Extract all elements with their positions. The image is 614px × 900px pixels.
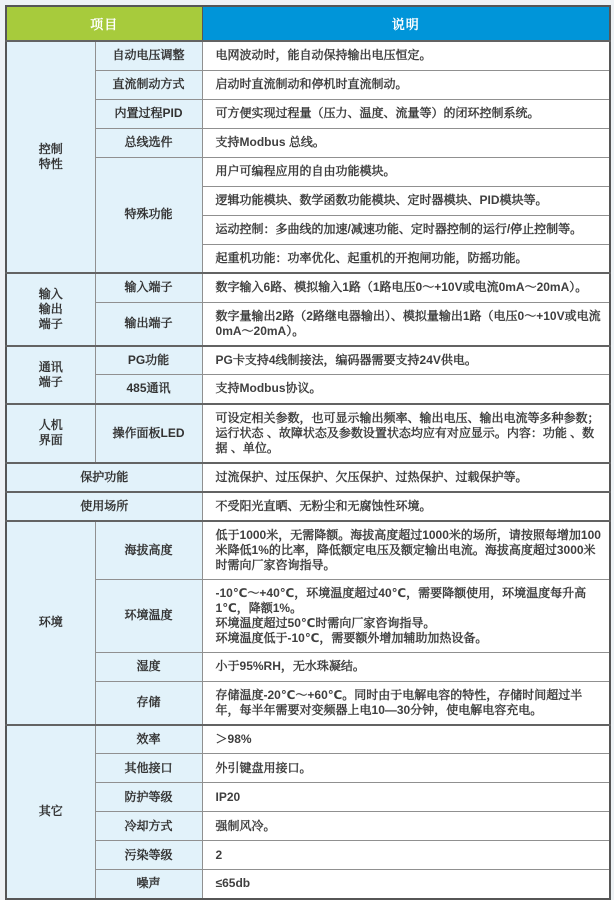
header-row: 项目 说明 [6,6,610,41]
item-cell: 输入端子 [95,273,202,302]
table-row: 环境温度-10℃～+40℃，环境温度超过40℃，需要降额使用，环境温度每升高1℃… [6,579,610,652]
desc-cell: 外引键盘用接口。 [202,754,610,783]
item-cell: 输出端子 [95,302,202,346]
table-row: 内置过程PID可方便实现过程量（压力、温度、流量等）的闭环控制系统。 [6,99,610,128]
desc-cell: 强制风冷。 [202,812,610,841]
table-row: 污染等级2 [6,841,610,870]
item-cell: 直流制动方式 [95,70,202,99]
desc-cell: ＞98% [202,725,610,754]
table-row: 湿度小于95%RH，无水珠凝结。 [6,652,610,681]
header-desc-label: 说明 [202,6,610,41]
header-item-label: 项目 [6,6,202,41]
table-row: 环境海拔高度低于1000米，无需降额。海拔高度超过1000米的场所，请按照每增加… [6,521,610,580]
table-header: 项目 说明 [6,6,610,41]
desc-cell: 支持Modbus 总线。 [202,128,610,157]
table-row: 冷却方式强制风冷。 [6,812,610,841]
item-cell: 内置过程PID [95,99,202,128]
desc-cell: PG卡支持4线制接法，编码器需要支持24V供电。 [202,346,610,375]
category-cell: 环境 [6,521,95,725]
desc-cell: 运动控制：多曲线的加速/减速功能、定时器控制的运行/停止控制等。 [202,215,610,244]
category-cell: 保护功能 [6,463,202,492]
desc-cell: ≤65db [202,870,610,899]
item-cell: 噪声 [95,870,202,899]
desc-cell: 小于95%RH，无水珠凝结。 [202,652,610,681]
desc-cell: 存储温度-20℃～+60℃。同时由于电解电容的特性，存储时间超过半年，每半年需要… [202,681,610,725]
desc-cell: 用户可编程应用的自由功能模块。 [202,157,610,186]
item-cell: PG功能 [95,346,202,375]
table-row: 存储存储温度-20℃～+60℃。同时由于电解电容的特性，存储时间超过半年，每半年… [6,681,610,725]
table-row: 其他接口外引键盘用接口。 [6,754,610,783]
spec-table: 项目 说明 控制 特性自动电压调整电网波动时，能自动保持输出电压恒定。直流制动方… [5,5,611,900]
item-cell: 自动电压调整 [95,41,202,70]
item-cell: 485通讯 [95,375,202,404]
item-cell: 其他接口 [95,754,202,783]
table-row: 使用场所不受阳光直晒、无粉尘和无腐蚀性环境。 [6,492,610,521]
desc-cell: 2 [202,841,610,870]
category-cell: 控制 特性 [6,41,95,273]
item-cell: 操作面板LED [95,404,202,463]
desc-cell: 低于1000米，无需降额。海拔高度超过1000米的场所，请按照每增加100米降低… [202,521,610,580]
table-row: 特殊功能用户可编程应用的自由功能模块。 [6,157,610,186]
desc-cell: 数字量输出2路（2路继电器输出）、模拟量输出1路（电压0～+10V或电流0mA～… [202,302,610,346]
item-cell: 存储 [95,681,202,725]
table-row: 人机 界面操作面板LED可设定相关参数，也可显示输出频率、输出电压、输出电流等多… [6,404,610,463]
table-row: 控制 特性自动电压调整电网波动时，能自动保持输出电压恒定。 [6,41,610,70]
desc-cell: 启动时直流制动和停机时直流制动。 [202,70,610,99]
desc-cell: 逻辑功能模块、数学函数功能模块、定时器模块、PID模块等。 [202,186,610,215]
item-cell: 总线选件 [95,128,202,157]
desc-cell: 不受阳光直晒、无粉尘和无腐蚀性环境。 [202,492,610,521]
item-cell: 效率 [95,725,202,754]
desc-cell: 电网波动时，能自动保持输出电压恒定。 [202,41,610,70]
desc-cell: 可设定相关参数，也可显示输出频率、输出电压、输出电流等多种参数； 运行状态 、故… [202,404,610,463]
desc-cell: 支持Modbus协议。 [202,375,610,404]
item-cell: 环境温度 [95,579,202,652]
table-row: 防护等级IP20 [6,783,610,812]
table-row: 485通讯支持Modbus协议。 [6,375,610,404]
table-row: 输出端子数字量输出2路（2路继电器输出）、模拟量输出1路（电压0～+10V或电流… [6,302,610,346]
table-row: 保护功能过流保护、过压保护、欠压保护、过热保护、过载保护等。 [6,463,610,492]
table-row: 输入 输出 端子输入端子数字输入6路、模拟输入1路（1路电压0～+10V或电流0… [6,273,610,302]
item-cell: 特殊功能 [95,157,202,273]
item-cell: 防护等级 [95,783,202,812]
table-row: 直流制动方式启动时直流制动和停机时直流制动。 [6,70,610,99]
item-cell: 污染等级 [95,841,202,870]
table-row: 其它效率＞98% [6,725,610,754]
table-row: 噪声≤65db [6,870,610,899]
page: 项目 说明 控制 特性自动电压调整电网波动时，能自动保持输出电压恒定。直流制动方… [0,0,614,856]
item-cell: 冷却方式 [95,812,202,841]
category-cell: 其它 [6,725,95,899]
category-cell: 通讯 端子 [6,346,95,404]
desc-cell: 起重机功能：功率优化、起重机的开抱闸功能，防摇功能。 [202,244,610,273]
category-cell: 使用场所 [6,492,202,521]
category-cell: 输入 输出 端子 [6,273,95,346]
item-cell: 海拔高度 [95,521,202,580]
table-row: 通讯 端子PG功能PG卡支持4线制接法，编码器需要支持24V供电。 [6,346,610,375]
category-cell: 人机 界面 [6,404,95,463]
item-cell: 湿度 [95,652,202,681]
table-body: 控制 特性自动电压调整电网波动时，能自动保持输出电压恒定。直流制动方式启动时直流… [6,41,610,899]
desc-cell: 过流保护、过压保护、欠压保护、过热保护、过载保护等。 [202,463,610,492]
desc-cell: IP20 [202,783,610,812]
desc-cell: -10℃～+40℃，环境温度超过40℃，需要降额使用，环境温度每升高1℃，降额1… [202,579,610,652]
desc-cell: 可方便实现过程量（压力、温度、流量等）的闭环控制系统。 [202,99,610,128]
desc-cell: 数字输入6路、模拟输入1路（1路电压0～+10V或电流0mA～20mA）。 [202,273,610,302]
table-row: 总线选件支持Modbus 总线。 [6,128,610,157]
